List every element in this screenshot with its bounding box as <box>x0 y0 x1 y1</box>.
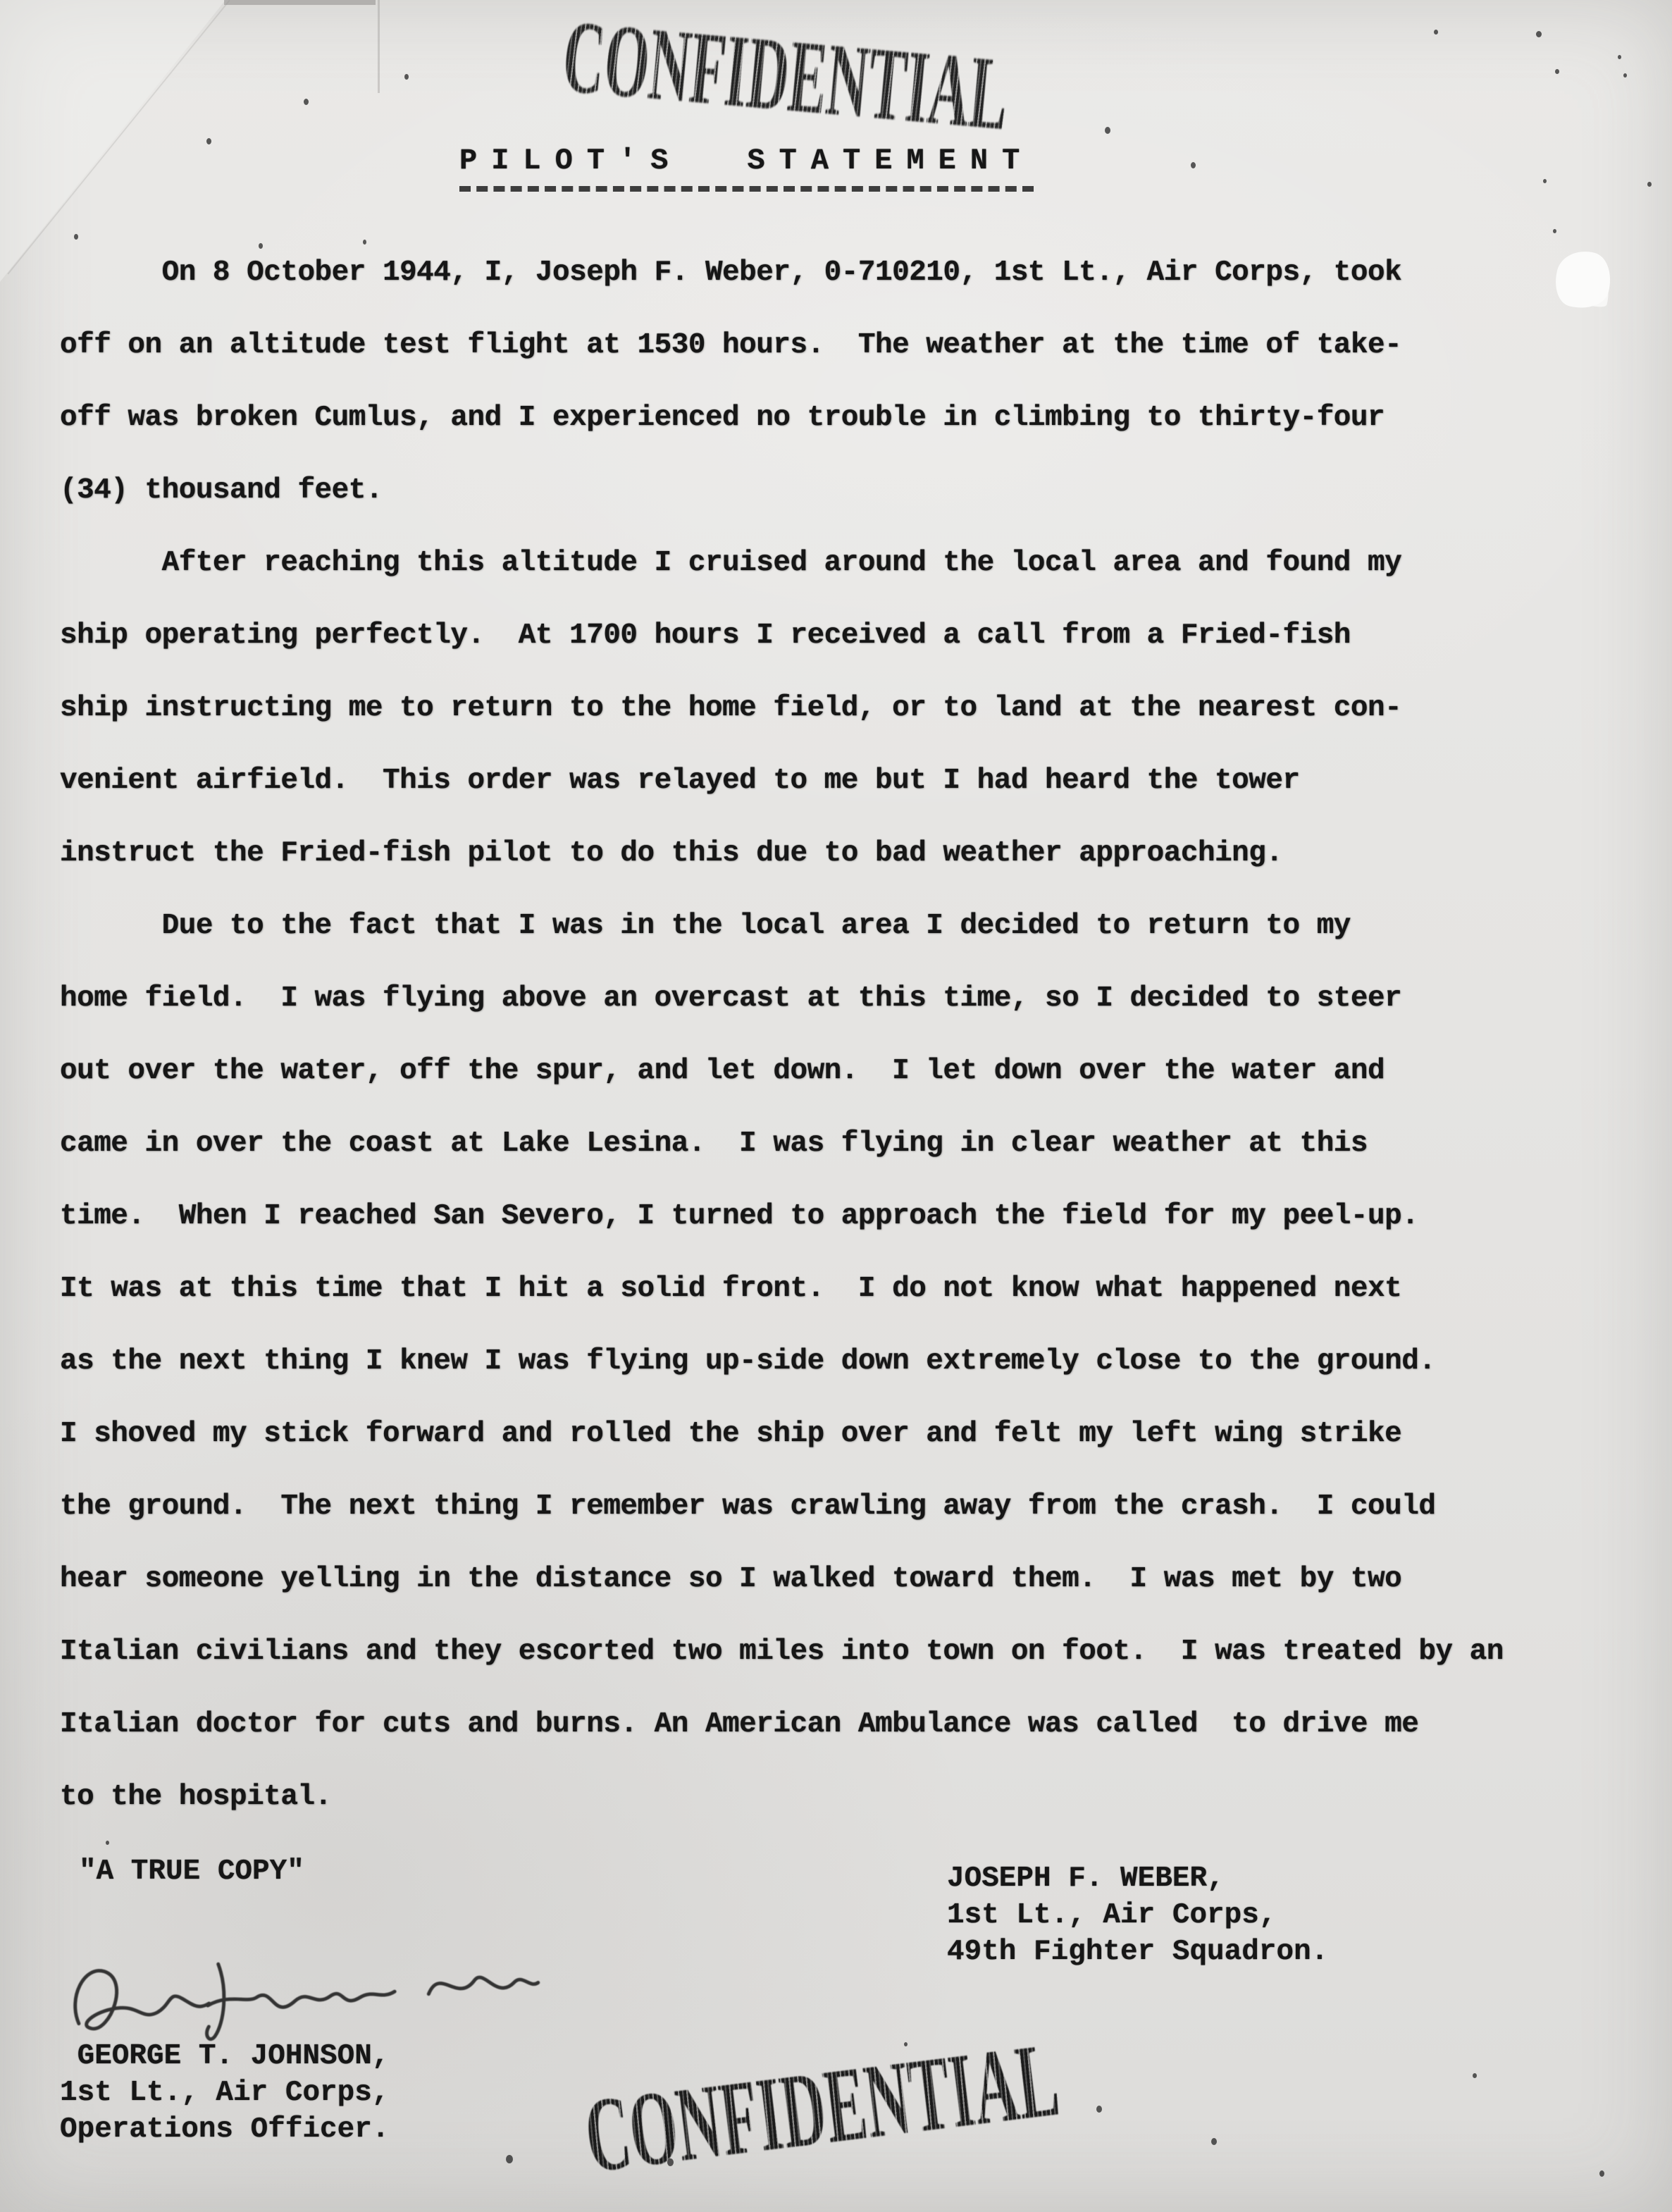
confidential-stamp-top: CONFIDENTIAL <box>559 0 1014 154</box>
statement-line: the ground. The next thing I remember wa… <box>60 1471 1504 1543</box>
statement-line: to the hospital. <box>60 1761 1504 1834</box>
statement-line: Italian doctor for cuts and burns. An Am… <box>60 1688 1504 1761</box>
statement-body: On 8 October 1944, I, Joseph F. Weber, 0… <box>60 237 1504 1834</box>
statement-line: time. When I reached San Severo, I turne… <box>60 1180 1504 1253</box>
officer-rank-line: 1st Lt., Air Corps, <box>60 2075 389 2111</box>
ink-speck <box>1599 2170 1604 2177</box>
ink-speck <box>304 99 309 105</box>
statement-line: home field. I was flying above an overca… <box>60 963 1504 1035</box>
statement-line: ship instructing me to return to the hom… <box>60 672 1504 745</box>
pilot-rank-line: 1st Lt., Air Corps, <box>947 1897 1328 1934</box>
ink-speck <box>1618 55 1621 59</box>
ink-speck <box>1473 2073 1477 2078</box>
statement-line: venient airfield. This order was relayed… <box>60 745 1504 817</box>
ink-speck <box>1211 2138 1217 2145</box>
ink-speck <box>1555 69 1559 74</box>
officer-signature-block: GEORGE T. JOHNSON, 1st Lt., Air Corps, O… <box>60 2038 389 2148</box>
ink-speck <box>1553 229 1556 233</box>
true-copy-label: "A TRUE COPY" <box>79 1853 304 1890</box>
officer-title-line: Operations Officer. <box>60 2111 389 2148</box>
ink-speck <box>404 74 409 80</box>
pilot-name-line: JOSEPH F. WEBER, <box>947 1860 1328 1897</box>
statement-line: as the next thing I knew I was flying up… <box>60 1326 1504 1398</box>
statement-line: out over the water, off the spur, and le… <box>60 1035 1504 1108</box>
statement-line: On 8 October 1944, I, Joseph F. Weber, 0… <box>60 237 1504 309</box>
ink-speck <box>1105 127 1110 134</box>
title-word-statement: STATEMENT <box>747 144 1034 178</box>
statement-line: ship operating perfectly. At 1700 hours … <box>60 600 1504 672</box>
confidential-stamp-bottom: CONFIDENTIAL <box>578 2018 1065 2197</box>
top-edge-mark <box>224 0 376 5</box>
statement-line: off on an altitude test flight at 1530 h… <box>60 309 1504 382</box>
statement-line: I shoved my stick forward and rolled the… <box>60 1398 1504 1471</box>
scanned-document-page: CONFIDENTIAL CONFIDENTIAL PILOT'S STATEM… <box>0 0 1672 2212</box>
ink-speck <box>506 2155 513 2163</box>
ink-speck <box>1096 2106 1102 2113</box>
statement-line: hear someone yelling in the distance so … <box>60 1543 1504 1616</box>
document-title: PILOT'S STATEMENT <box>459 144 1034 192</box>
ink-speck <box>1434 30 1438 35</box>
statement-line: Italian civilians and they escorted two … <box>60 1616 1504 1688</box>
title-word-pilots: PILOT'S <box>459 144 682 178</box>
paper-damage-spot <box>1549 245 1617 314</box>
officer-name-line: GEORGE T. JOHNSON, <box>60 2038 389 2075</box>
statement-line: It was at this time that I hit a solid f… <box>60 1253 1504 1326</box>
ink-speck <box>206 138 211 144</box>
ink-speck <box>1543 179 1547 183</box>
ink-speck <box>1191 162 1196 168</box>
statement-line: Due to the fact that I was in the local … <box>60 890 1504 963</box>
pilot-squadron-line: 49th Fighter Squadron. <box>947 1934 1328 1970</box>
ink-speck <box>1536 31 1542 37</box>
top-edge-line <box>378 0 380 93</box>
statement-line: After reaching this altitude I cruised a… <box>60 527 1504 600</box>
statement-line: instruct the Fried-fish pilot to do this… <box>60 817 1504 890</box>
statement-line: came in over the coast at Lake Lesina. I… <box>60 1108 1504 1180</box>
statement-line: (34) thousand feet. <box>60 455 1504 527</box>
ink-speck <box>1647 182 1652 187</box>
pilot-signature-block: JOSEPH F. WEBER, 1st Lt., Air Corps, 49t… <box>947 1860 1328 1970</box>
ink-speck <box>106 1841 109 1845</box>
statement-line: off was broken Cumlus, and I experienced… <box>60 382 1504 455</box>
ink-speck <box>1623 73 1627 78</box>
